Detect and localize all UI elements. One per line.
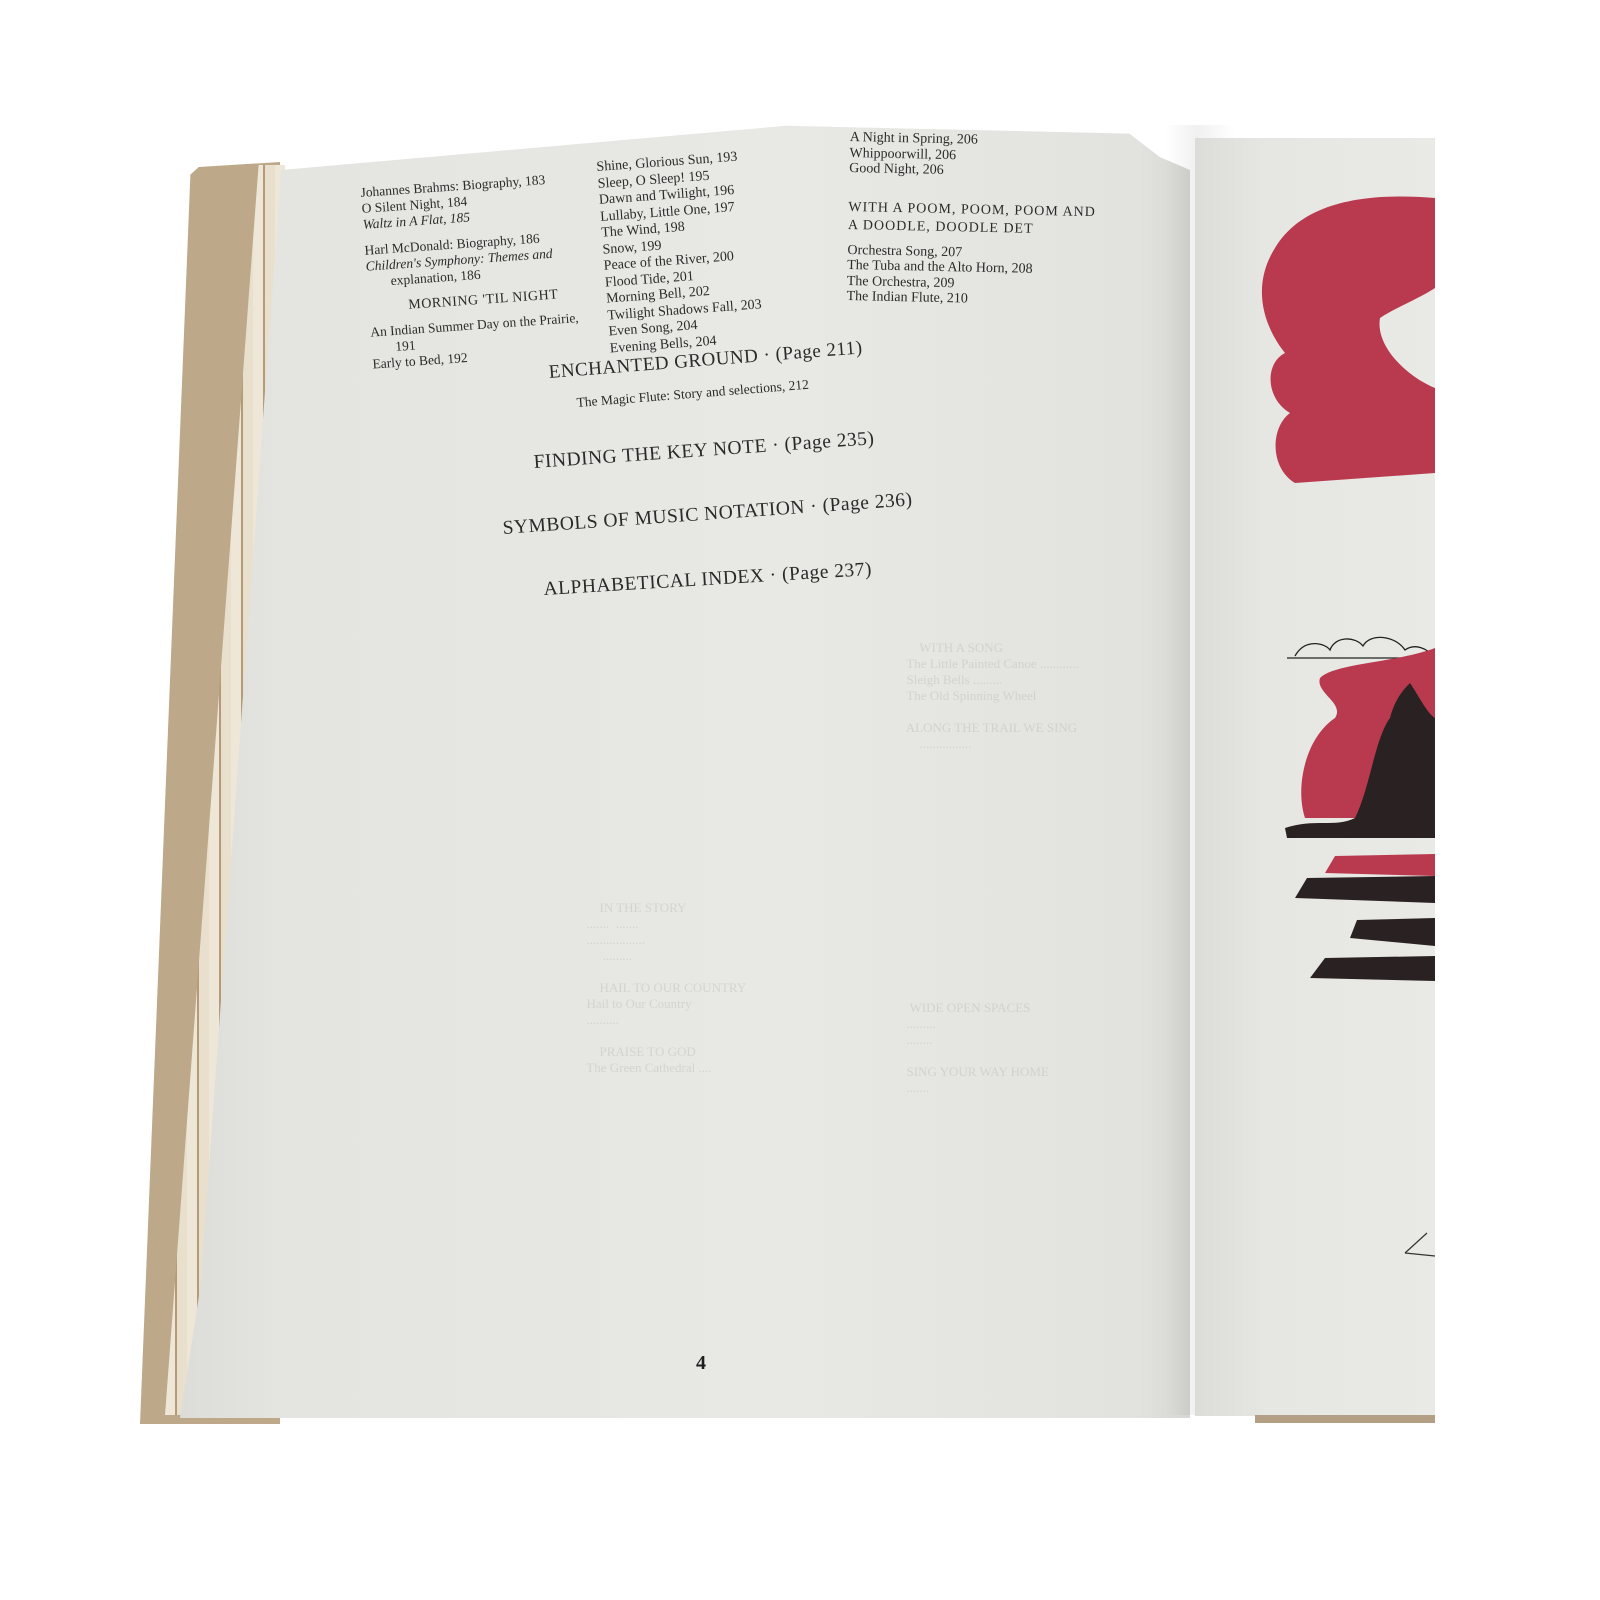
show-through-text: WITH A SONG The Little Painted Canoe ...… bbox=[900, 640, 1079, 752]
book-photo: WITH A SONG The Little Painted Canoe ...… bbox=[0, 0, 1600, 1600]
toc-column-1: Johannes Brahms: Biography, 183O Silent … bbox=[360, 169, 603, 373]
toc-column-2: Shine, Glorious Sun, 193Sleep, O Sleep! … bbox=[596, 145, 810, 357]
illustration bbox=[1195, 138, 1435, 1416]
show-through-text: IN THE STORY ....... ....... ...........… bbox=[580, 900, 746, 1076]
show-through-text: WIDE OPEN SPACES ......... ........ SING… bbox=[900, 1000, 1049, 1096]
book-cover-edge-right bbox=[1255, 1415, 1435, 1423]
page-number: 4 bbox=[696, 1352, 706, 1375]
toc-subheading: WITH A POOM, POOM, POOM AND A DOODLE, DO… bbox=[848, 198, 1109, 239]
toc-column-3: A Night in Spring, 206Whippoorwill, 206G… bbox=[846, 130, 1110, 310]
